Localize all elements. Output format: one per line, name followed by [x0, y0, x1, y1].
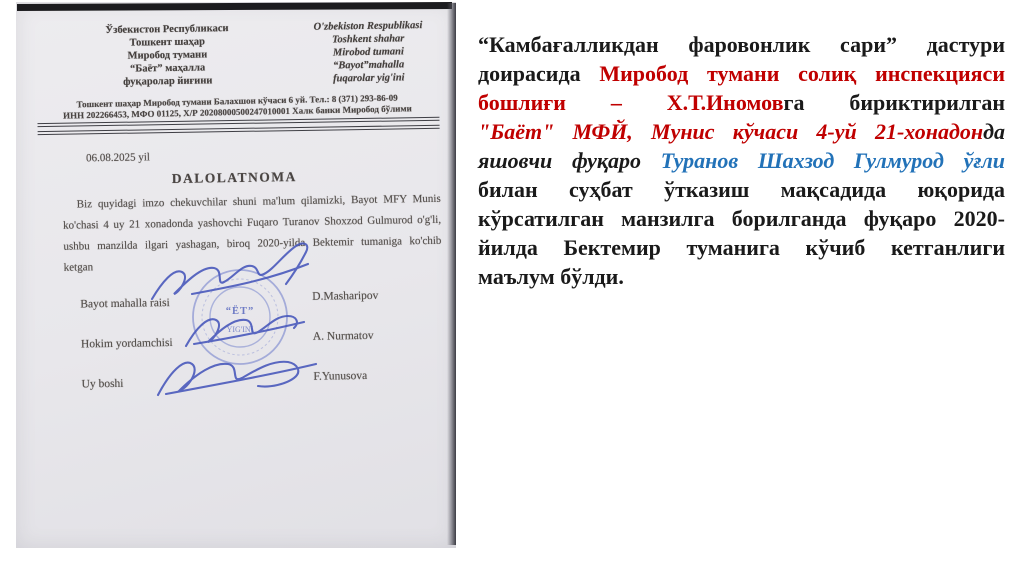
signature-label: Bayot mahalla raisi: [80, 297, 170, 310]
letterhead-line: фуқаролар йиғини: [55, 73, 281, 90]
text-segment: маълум бўлди.: [478, 264, 624, 289]
signature-name: F.Yunusova: [313, 370, 367, 383]
signature-name: A. Nurmatov: [313, 330, 374, 343]
text-line: маълум бўлди.: [478, 262, 1005, 291]
signature-label: Hokim yordamchisi: [81, 337, 173, 350]
signature-row: Uy boshi F.Yunusova: [81, 373, 421, 394]
text-segment: га бириктирилган: [783, 90, 1005, 115]
text-line: билан суҳбат ўтказиш мақсадида юқорида: [478, 175, 1005, 204]
document-content: Ўзбекистон Республикаси Тошкент шаҳар Ми…: [12, 0, 461, 551]
slide-paragraph: “Камбағалликдан фаровонлик сари” дастури…: [478, 30, 1005, 291]
document-date: 06.08.2025 yil: [86, 151, 150, 164]
slide-canvas: Ўзбекистон Республикаси Тошкент шаҳар Ми…: [0, 0, 1024, 574]
document-title: DALOLATNOMA: [14, 167, 454, 190]
letterhead-line: fuqarolar yig'ini: [291, 71, 447, 86]
letterhead-left: Ўзбекистон Республикаси Тошкент шаҳар Ми…: [54, 21, 281, 90]
document-body: Biz quyidagi imzo chekuvchilar shuni ma'…: [63, 189, 442, 279]
text-line: "Баёт" МФЙ, Мунис кўчаси 4-уй 21-хонадон…: [478, 117, 1005, 146]
document-scan: Ўзбекистон Республикаси Тошкент шаҳар Ми…: [16, 2, 456, 548]
text-line: кўрсатилган манзилга борилганда фуқаро 2…: [478, 204, 1005, 233]
signature-row: Hokim yordamchisi A. Nurmatov: [81, 333, 421, 354]
text-segment: кўрсатилган манзилга борилганда фуқаро 2…: [478, 206, 1005, 231]
text-line: доирасида Миробод тумани солиқ инспекция…: [478, 59, 1005, 88]
text-segment: “Камбағалликдан фаровонлик сари” дастури: [478, 32, 1005, 57]
text-segment: билан суҳбат ўтказиш мақсадида юқорида: [478, 177, 1005, 202]
text-segment: да: [983, 119, 1005, 144]
text-segment: яшовчи фуқаро: [478, 148, 661, 173]
signature-label: Uy boshi: [81, 378, 123, 391]
divider-rule-2: [38, 125, 440, 135]
text-segment: доирасида: [478, 61, 599, 86]
text-segment: "Баёт" МФЙ, Мунис кўчаси 4-уй 21-хонадон: [478, 119, 983, 144]
text-line: яшовчи фуқаро Туранов Шахзод Гулмурод ўғ…: [478, 146, 1005, 175]
text-line: йилда Бектемир туманига кўчиб кетганлиги: [478, 233, 1005, 262]
text-line: “Камбағалликдан фаровонлик сари” дастури: [478, 30, 1005, 59]
signature-row: Bayot mahalla raisi D.Masharipov: [80, 293, 420, 314]
text-segment: йилда Бектемир туманига кўчиб кетганлиги: [478, 235, 1005, 260]
text-segment: бошлиғи – Х.Т.Иномов: [478, 90, 783, 115]
signature-name: D.Masharipov: [312, 290, 378, 303]
text-segment: Туранов Шахзод Гулмурод ўғли: [661, 148, 1005, 173]
letterhead-right: O'zbekiston Respublikasi Toshkent shahar…: [290, 19, 447, 86]
text-line: бошлиғи – Х.Т.Иномовга бириктирилган: [478, 88, 1005, 117]
text-segment: Миробод тумани солиқ инспекцияси: [599, 61, 1005, 86]
